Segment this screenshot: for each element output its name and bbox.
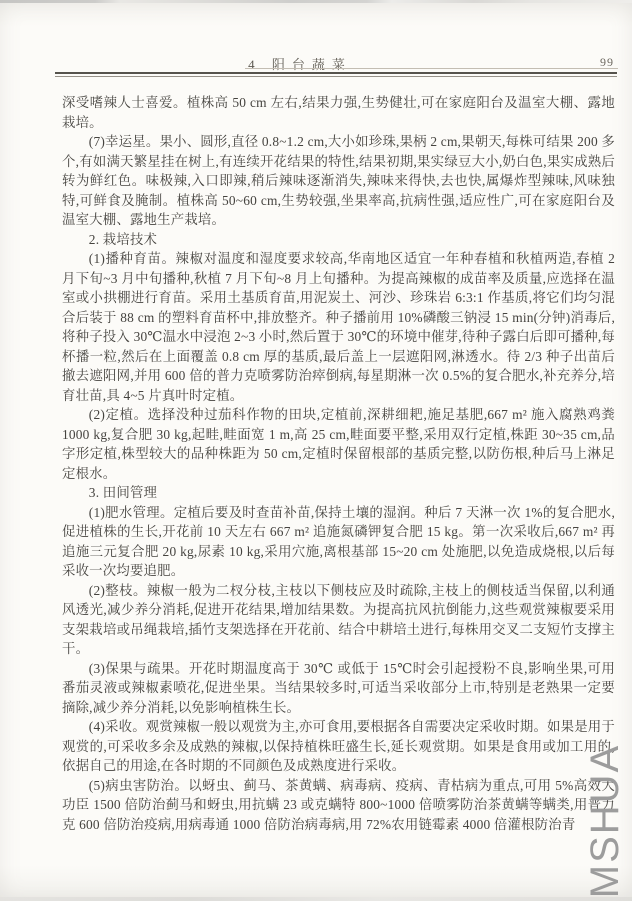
paragraph-variety-lucky-star: (7)幸运星。果小、圆形,直径 0.8~1.2 cm,大小如珍珠,果柄 2 cm… xyxy=(62,132,615,230)
paragraph-sowing-seedling: (1)播种育苗。辣椒对温度和湿度要求较高,华南地区适宜一年种春植和秋植两造,春植… xyxy=(62,249,615,405)
paragraph-harvest: (4)采收。观赏辣椒一般以观赏为主,亦可食用,要根据各自需要决定采收时期。如果是… xyxy=(62,717,615,776)
running-header-chapter-title: 4 阳台蔬菜 xyxy=(0,54,600,73)
scanned-book-page: 4 阳台蔬菜 99 深受嗜辣人士喜爱。植株高 50 cm 左右,结果力强,生势健… xyxy=(0,0,632,901)
section-heading-cultivation-techniques: 2. 栽培技术 xyxy=(62,230,615,250)
page-body-text: 深受嗜辣人士喜爱。植株高 50 cm 左右,结果力强,生势健壮,可在家庭阳台及温… xyxy=(62,93,615,834)
paragraph-pest-disease-control: (5)病虫害防治。以蚜虫、蓟马、茶黄螨、病毒病、疫病、青枯病为重点,可用 5%高… xyxy=(62,776,615,835)
paragraph-intro-continuation: 深受嗜辣人士喜爱。植株高 50 cm 左右,结果力强,生势健壮,可在家庭阳台及温… xyxy=(62,93,615,132)
paragraph-fruit-protection-thinning: (3)保果与疏果。开花时期温度高于 30℃ 或低于 15℃时会引起授粉不良,影响… xyxy=(62,659,615,718)
header-rule-thin xyxy=(55,76,617,77)
header-rule-thick xyxy=(55,72,617,74)
paragraph-fertilizer-water-management: (1)肥水管理。定植后要及时查苗补苗,保持土壤的湿润。种后 7 天淋一次 1%的… xyxy=(62,503,615,581)
paragraph-pruning: (2)整枝。辣椒一般为二杈分枝,主枝以下侧枝应及时疏除,主枝上的侧枝适当保留,以… xyxy=(62,581,615,659)
section-heading-field-management: 3. 田间管理 xyxy=(62,483,615,503)
watermark-mshua: MSHUA xyxy=(582,736,628,901)
header-hairline-rule xyxy=(245,68,618,69)
scan-edge-artifact-bottom xyxy=(0,897,632,901)
scan-edge-artifact-top xyxy=(0,0,632,3)
paragraph-transplanting: (2)定植。选择没种过茄科作物的田块,定植前,深耕细耙,施足基肥,667 m² … xyxy=(62,405,615,483)
